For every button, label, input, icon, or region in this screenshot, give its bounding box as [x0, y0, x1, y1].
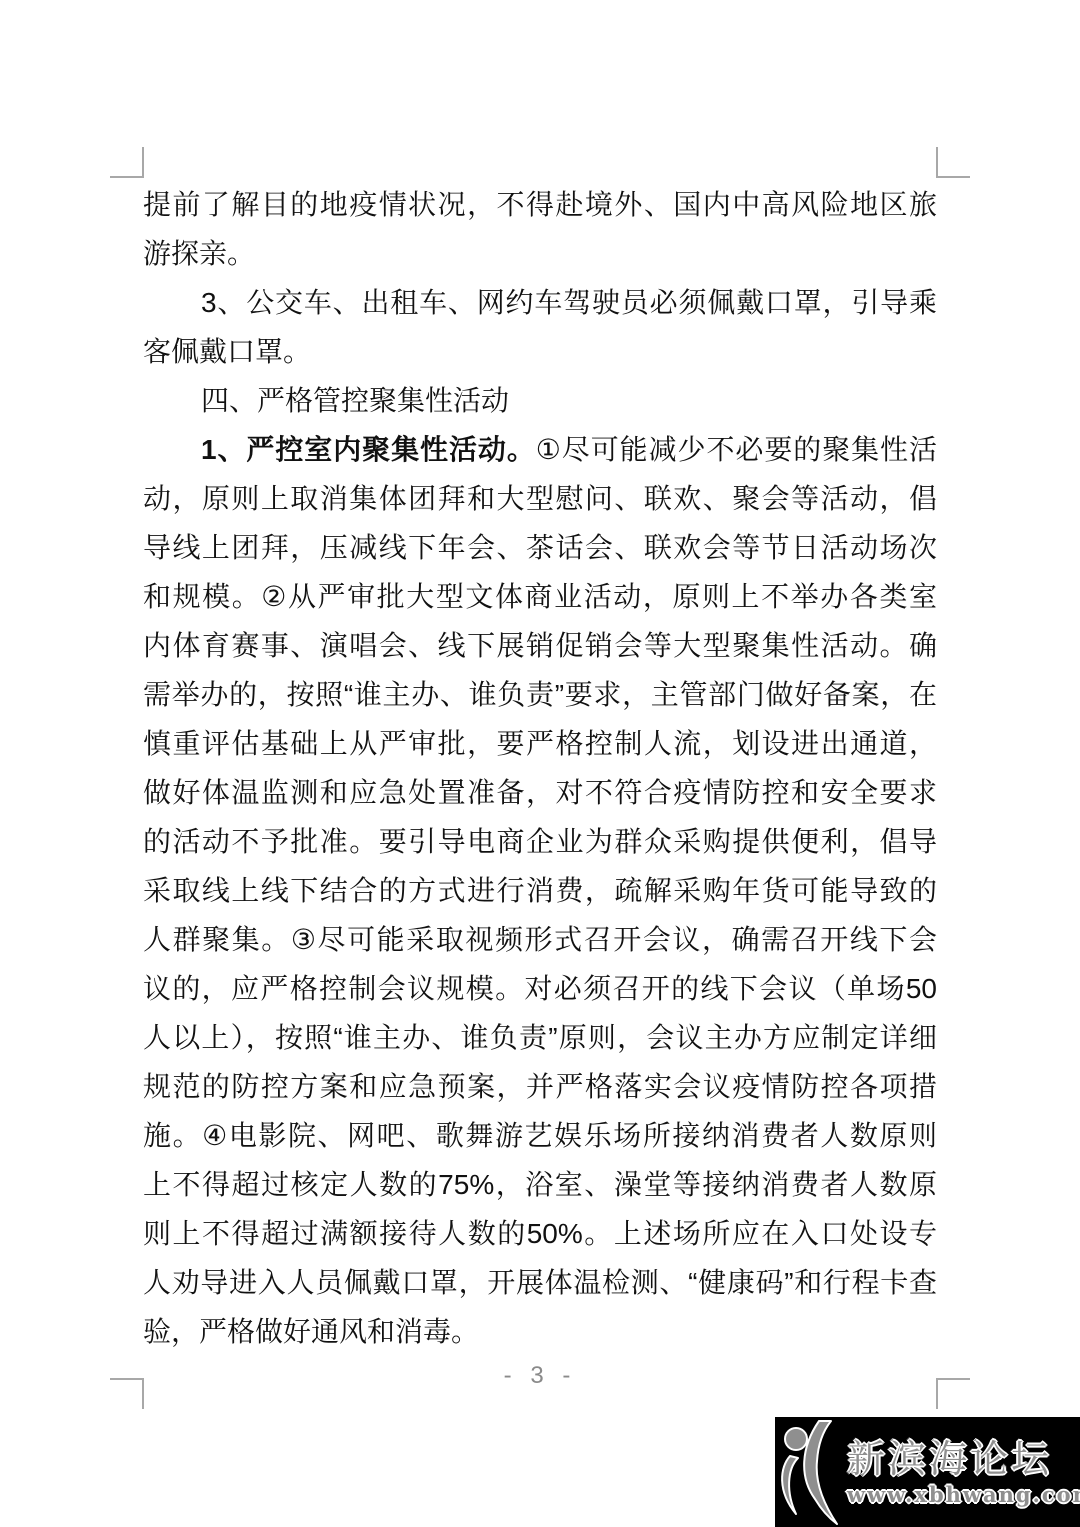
text-line: 验，严格做好通风和消毒。	[143, 1307, 937, 1356]
text-line: 议的，应严格控制会议规模。对必须召开的线下会议（单场50	[143, 964, 937, 1013]
text-line: 1、严控室内聚集性活动。①尽可能减少不必要的聚集性活	[143, 425, 937, 474]
text-segment: 慎重评估基础上从严审批，要严格控制人流，划设进出通道，	[143, 728, 937, 759]
text-segment: 上不得超过核定人数的75%，浴室、澡堂等接纳消费者人数原	[143, 1169, 937, 1200]
text-line: 客佩戴口罩。	[143, 327, 937, 376]
crop-mark-top-left	[110, 147, 144, 178]
text-segment: 需举办的，按照“谁主办、谁负责”要求，主管部门做好备案，在	[143, 679, 937, 710]
text-segment: 四、严格管控聚集性活动	[201, 385, 509, 416]
text-line: 人以上），按照“谁主办、谁负责”原则，会议主办方应制定详细	[143, 1013, 937, 1062]
text-line: 规范的防控方案和应急预案，并严格落实会议疫情防控各项措	[143, 1062, 937, 1111]
text-line: 导线上团拜，压减线下年会、茶话会、联欢会等节日活动场次	[143, 523, 937, 572]
text-segment: 做好体温监测和应急处置准备，对不符合疫情防控和安全要求	[143, 777, 937, 808]
text-segment: 则上不得超过满额接待人数的50%。上述场所应在入口处设专	[143, 1218, 937, 1249]
site-watermark: 新滨海论坛 www.xbhwang.com	[775, 1417, 1080, 1527]
text-segment: 和规模。②从严审批大型文体商业活动，原则上不举办各类室	[143, 581, 937, 612]
text-line: 四、严格管控聚集性活动	[143, 376, 937, 425]
text-segment: ①尽可能减少不必要的聚集性活	[536, 434, 937, 465]
bold-text-segment: 1、严控室内聚集性活动。	[201, 434, 536, 465]
text-line: 慎重评估基础上从严审批，要严格控制人流，划设进出通道，	[143, 719, 937, 768]
text-segment: 客佩戴口罩。	[143, 336, 311, 367]
document-page: 提前了解目的地疫情状况，不得赴境外、国内中高风险地区旅游探亲。3、公交车、出租车…	[0, 0, 1080, 1527]
text-segment: 3、公交车、出租车、网约车驾驶员必须佩戴口罩，引导乘	[201, 287, 937, 318]
watermark-site-name: 新滨海论坛	[847, 1438, 1080, 1482]
text-line: 则上不得超过满额接待人数的50%。上述场所应在入口处设专	[143, 1209, 937, 1258]
text-segment: 人群聚集。③尽可能采取视频形式召开会议，确需召开线下会	[143, 924, 937, 955]
text-line: 采取线上线下结合的方式进行消费，疏解采购年货可能导致的	[143, 866, 937, 915]
text-segment: 验，严格做好通风和消毒。	[143, 1316, 479, 1347]
dancing-person-icon	[775, 1417, 847, 1527]
text-segment: 游探亲。	[143, 238, 255, 269]
text-line: 需举办的，按照“谁主办、谁负责”要求，主管部门做好备案，在	[143, 670, 937, 719]
text-line: 内体育赛事、演唱会、线下展销促销会等大型聚集性活动。确	[143, 621, 937, 670]
text-line: 提前了解目的地疫情状况，不得赴境外、国内中高风险地区旅	[143, 180, 937, 229]
text-segment: 内体育赛事、演唱会、线下展销促销会等大型聚集性活动。确	[143, 630, 937, 661]
crop-mark-top-right	[936, 147, 970, 178]
text-line: 动，原则上取消集体团拜和大型慰问、联欢、聚会等活动，倡	[143, 474, 937, 523]
text-segment: 人以上），按照“谁主办、谁负责”原则，会议主办方应制定详细	[143, 1022, 937, 1053]
watermark-site-url: www.xbhwang.com	[847, 1482, 1080, 1508]
text-segment: 议的，应严格控制会议规模。对必须召开的线下会议（单场50	[143, 973, 937, 1004]
text-segment: 导线上团拜，压减线下年会、茶话会、联欢会等节日活动场次	[143, 532, 937, 563]
text-segment: 采取线上线下结合的方式进行消费，疏解采购年货可能导致的	[143, 875, 937, 906]
text-segment: 提前了解目的地疫情状况，不得赴境外、国内中高风险地区旅	[143, 189, 937, 220]
text-line: 人群聚集。③尽可能采取视频形式召开会议，确需召开线下会	[143, 915, 937, 964]
text-line: 和规模。②从严审批大型文体商业活动，原则上不举办各类室	[143, 572, 937, 621]
page-number: - 3 -	[0, 1362, 1080, 1390]
text-line: 做好体温监测和应急处置准备，对不符合疫情防控和安全要求	[143, 768, 937, 817]
text-segment: 的活动不予批准。要引导电商企业为群众采购提供便利，倡导	[143, 826, 937, 857]
text-line: 上不得超过核定人数的75%，浴室、澡堂等接纳消费者人数原	[143, 1160, 937, 1209]
watermark-text: 新滨海论坛 www.xbhwang.com	[847, 1436, 1080, 1508]
text-line: 3、公交车、出租车、网约车驾驶员必须佩戴口罩，引导乘	[143, 278, 937, 327]
text-segment: 施。④电影院、网吧、歌舞游艺娱乐场所接纳消费者人数原则	[143, 1120, 937, 1151]
document-body: 提前了解目的地疫情状况，不得赴境外、国内中高风险地区旅游探亲。3、公交车、出租车…	[143, 180, 937, 1356]
text-line: 施。④电影院、网吧、歌舞游艺娱乐场所接纳消费者人数原则	[143, 1111, 937, 1160]
text-segment: 规范的防控方案和应急预案，并严格落实会议疫情防控各项措	[143, 1071, 937, 1102]
text-line: 游探亲。	[143, 229, 937, 278]
text-line: 的活动不予批准。要引导电商企业为群众采购提供便利，倡导	[143, 817, 937, 866]
text-segment: 动，原则上取消集体团拜和大型慰问、联欢、聚会等活动，倡	[143, 483, 937, 514]
text-line: 人劝导进入人员佩戴口罩，开展体温检测、“健康码”和行程卡查	[143, 1258, 937, 1307]
text-segment: 人劝导进入人员佩戴口罩，开展体温检测、“健康码”和行程卡查	[143, 1267, 937, 1298]
